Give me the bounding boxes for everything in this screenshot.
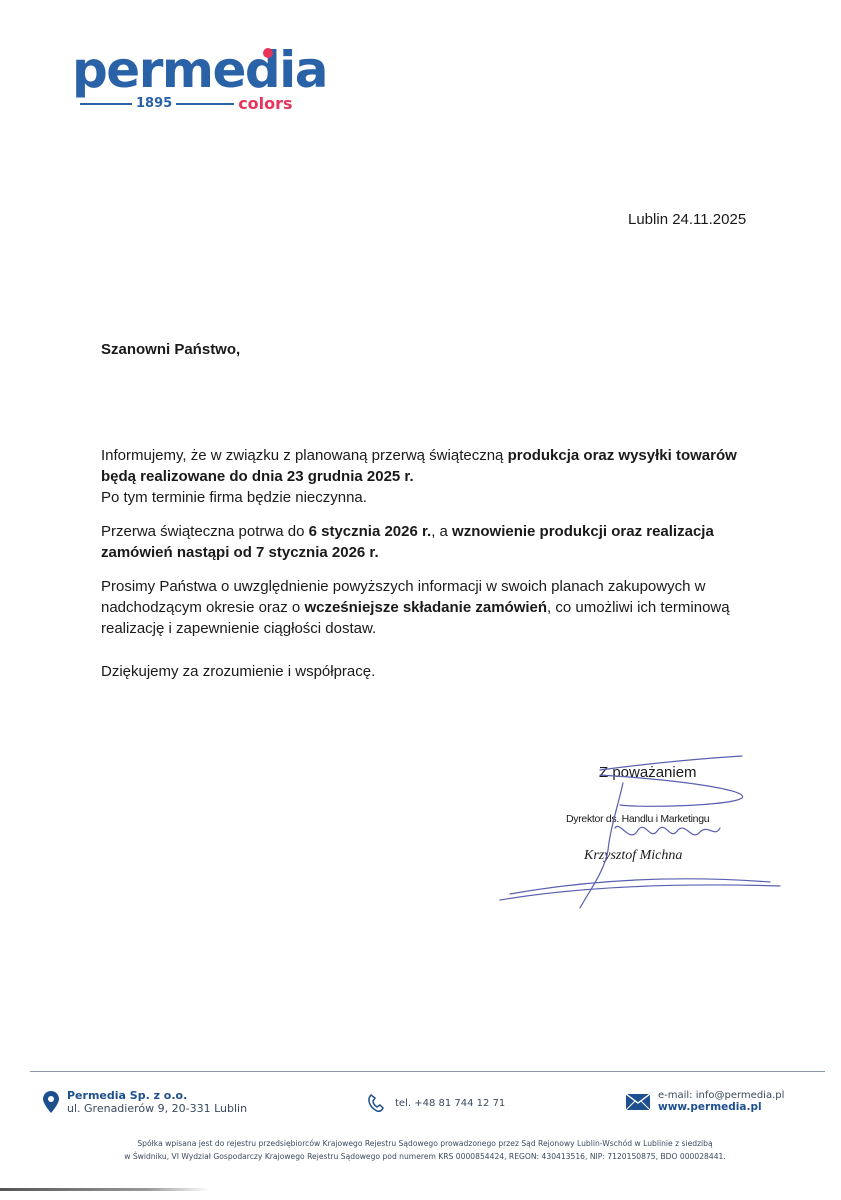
footer-address: Permedia Sp. z o.o. ul. Grenadierów 9, 2… [43,1089,247,1115]
permedia-logo: permedia 1895 colors [72,40,302,115]
letter-body: Informujemy, że w związku z planowaną pr… [101,445,741,695]
letter-date: Lublin 24.11.2025 [628,211,746,228]
phone-icon [365,1093,387,1113]
logo-dot-icon [263,48,273,58]
logo-colors: colors [238,97,292,111]
paragraph-2-text-a: Przerwa świąteczna potrwa do [101,523,309,540]
logo-rule-left [80,103,132,105]
thanks-line: Dziękujemy za zrozumienie i współpracę. [101,661,741,682]
logo-year: 1895 [136,96,172,111]
paragraph-1: Informujemy, że w związku z planowaną pr… [101,445,741,508]
scan-edge-artifact [0,1188,210,1191]
location-pin-icon [43,1091,59,1113]
legal-line-1: Spółka wpisana jest do rejestru przedsię… [35,1137,815,1150]
paragraph-2-bold-b: 6 stycznia 2026 r. [309,523,432,540]
company-name: Permedia Sp. z o.o. [67,1089,247,1102]
envelope-icon [626,1094,650,1110]
paragraph-3: Prosimy Państwa o uwzględnienie powyższy… [101,576,741,639]
closing: Z poważaniem [599,764,697,781]
paragraph-1-text: Informujemy, że w związku z planowaną pr… [101,447,508,464]
footer-divider [30,1071,825,1072]
paragraph-3-bold: wcześniejsze składanie zamówień [304,599,547,616]
footer-phone: tel. +48 81 744 12 71 [365,1093,505,1113]
logo-tagline-row: 1895 colors [80,96,293,111]
signer-name: Krzysztof Michna [584,848,682,864]
company-address: ul. Grenadierów 9, 20-331 Lublin [67,1102,247,1115]
signer-role: Dyrektor ds. Handlu i Marketingu [566,813,709,825]
legal-notice: Spółka wpisana jest do rejestru przedsię… [35,1137,815,1163]
paragraph-2-text-c: , a [431,523,452,540]
paragraph-2: Przerwa świąteczna potrwa do 6 stycznia … [101,521,741,563]
website-link[interactable]: www.permedia.pl [658,1101,784,1113]
logo-wordmark: permedia [72,40,327,100]
email-link[interactable]: e-mail: info@permedia.pl [658,1090,784,1101]
footer-contact: e-mail: info@permedia.pl www.permedia.pl [626,1090,784,1113]
phone-number[interactable]: tel. +48 81 744 12 71 [395,1098,505,1109]
logo-rule-right [176,103,234,105]
legal-line-2: w Świdniku, VI Wydział Gospodarczy Krajo… [35,1150,815,1163]
salutation: Szanowni Państwo, [101,341,240,358]
paragraph-1-line2: Po tym terminie firma będzie nieczynna. [101,489,367,506]
